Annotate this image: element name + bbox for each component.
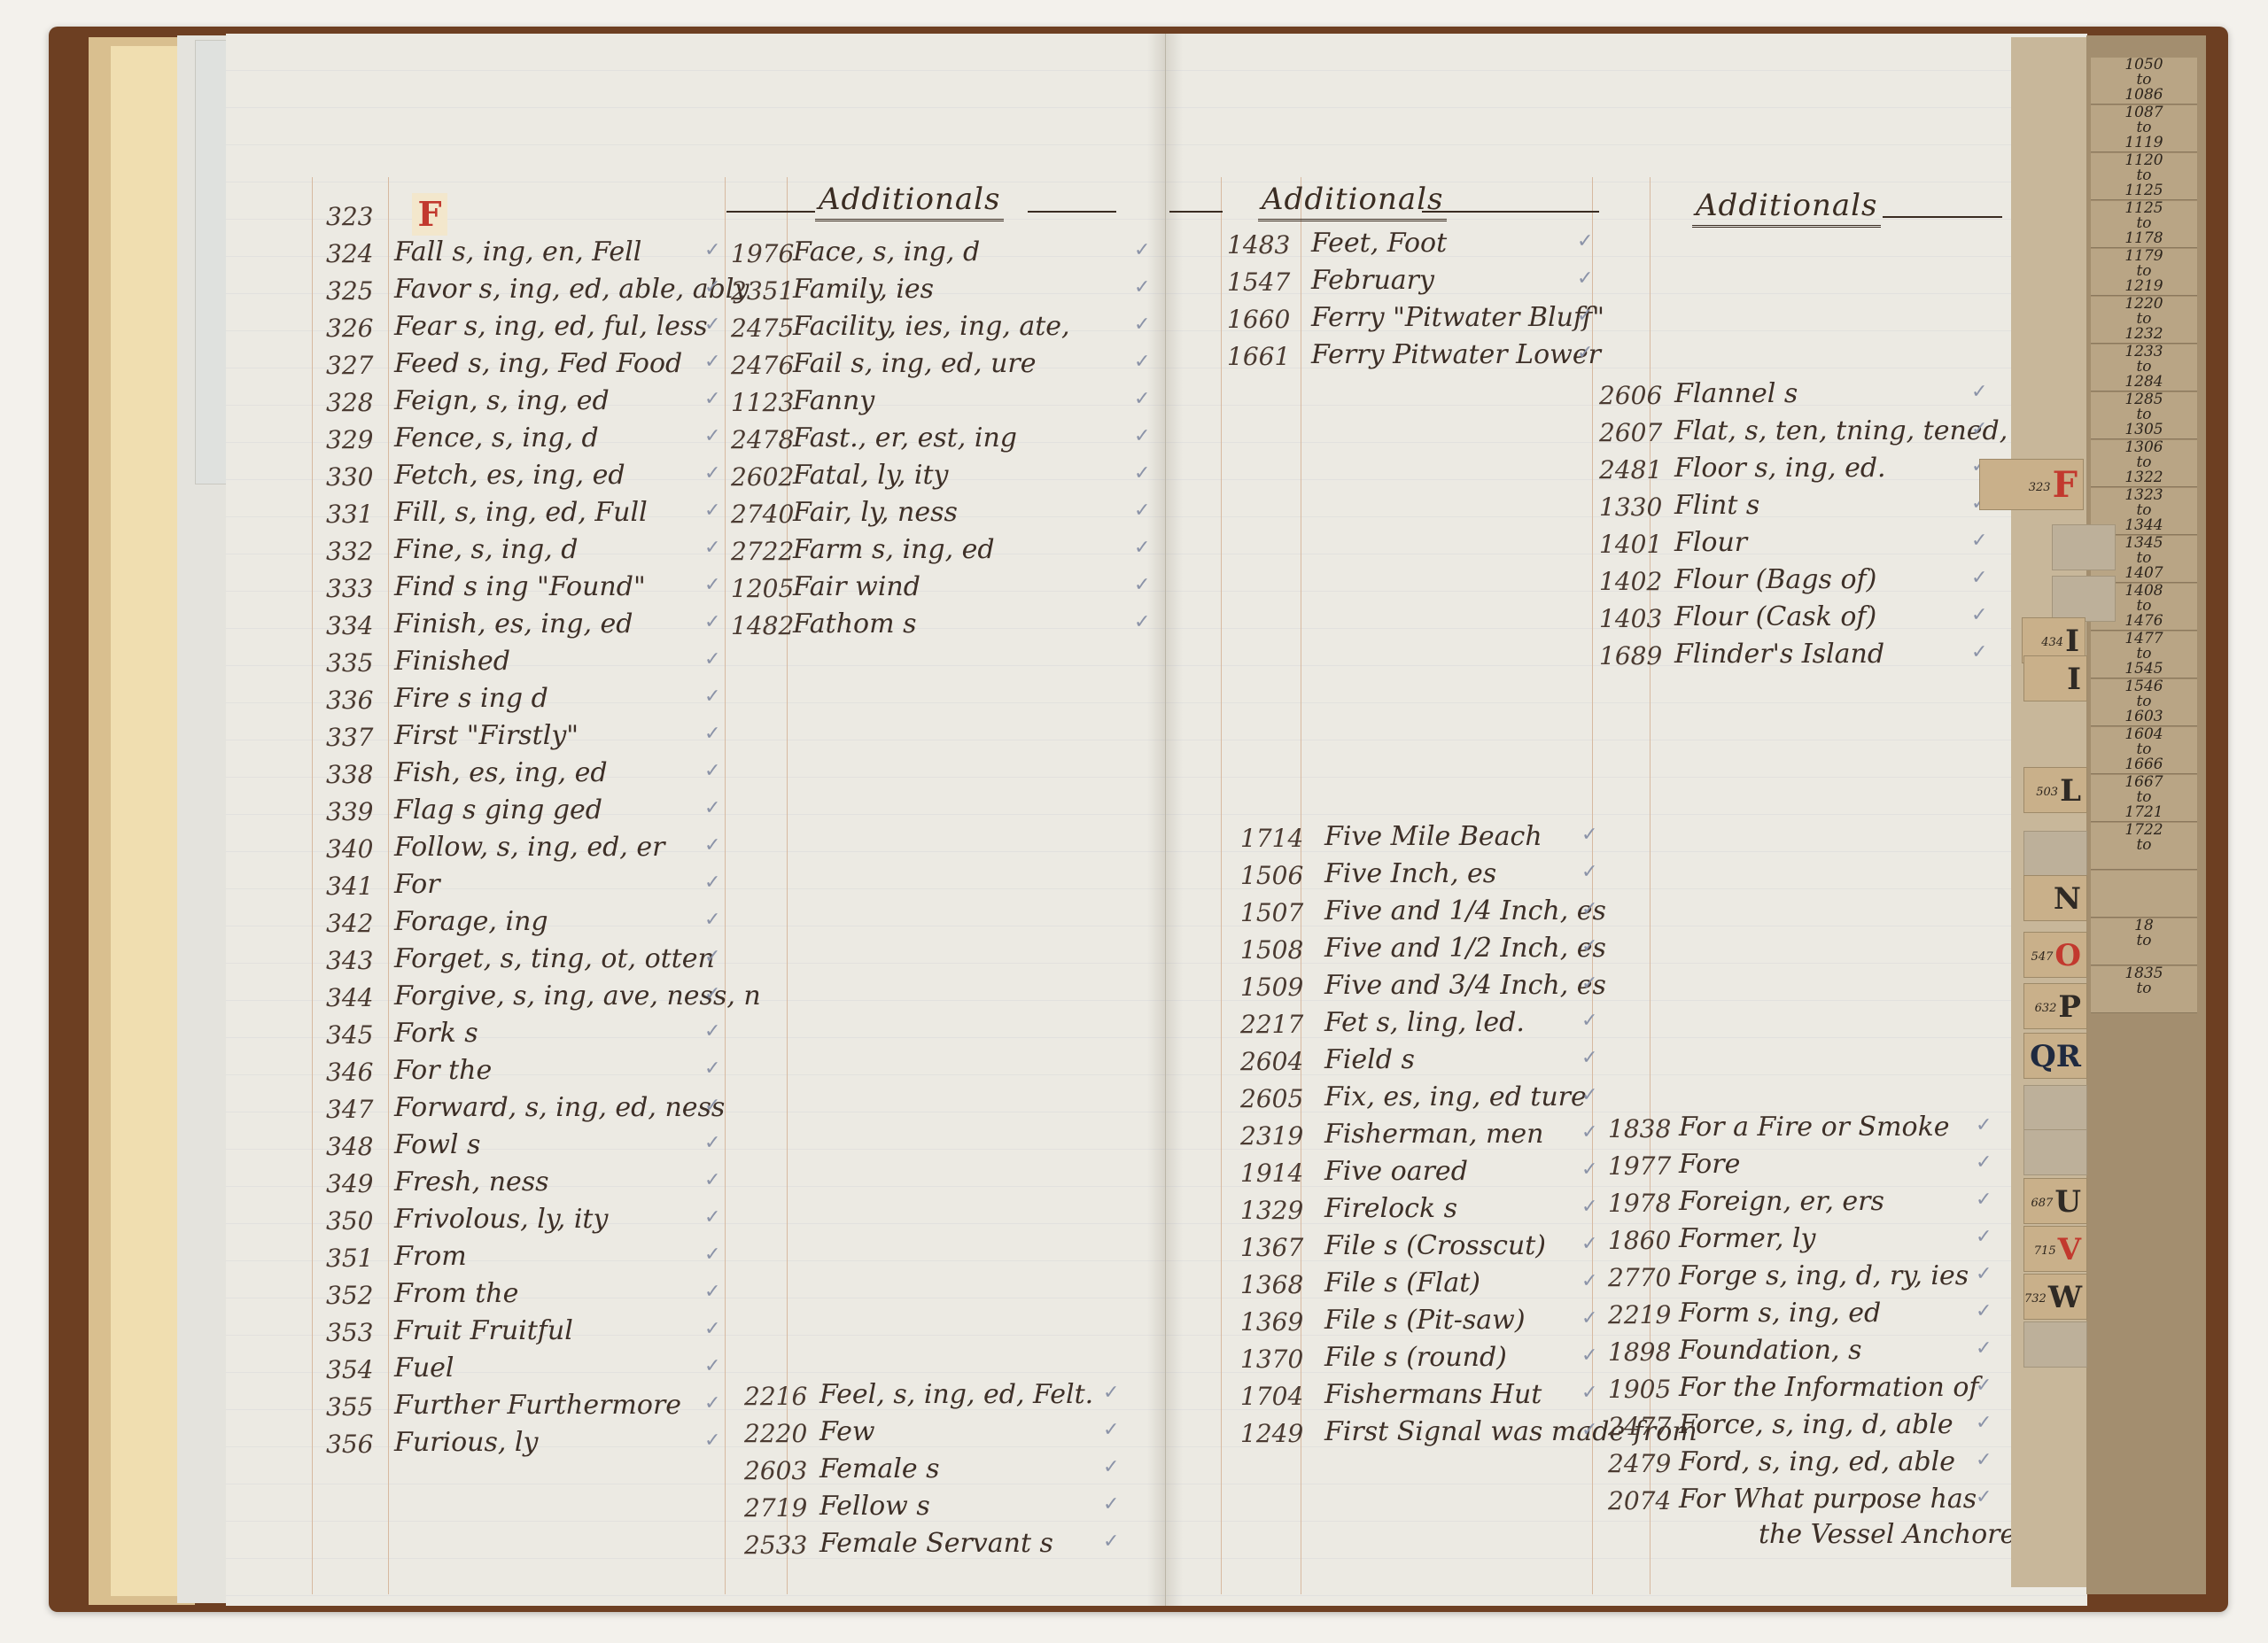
additional-term: File s (Crosscut) [1324,1230,1546,1261]
additional-number: 1205 [731,574,794,603]
index-tab-i[interactable]: I [2023,655,2087,701]
check-mark-icon: ✓ [1581,1196,1597,1218]
range-tab[interactable]: 1722to [2091,823,2197,870]
range-to: 1284 [2091,375,2197,390]
index-tab-page-number: 434 [2041,636,2063,649]
additional-number: 1507 [1240,898,1303,927]
entry-term: Flag s ging ged [394,794,602,825]
additional-number: 2319 [1240,1121,1303,1151]
additional-number: 1508 [1240,935,1303,965]
index-tab-letter: V [2058,1232,2081,1267]
entry-term: Fish, es, ing, ed [394,757,608,788]
entry-number: 326 [326,314,373,343]
additional-number: 2475 [731,314,794,343]
blank-index-tab[interactable] [2023,831,2087,877]
index-tab-page-number: 547 [2031,950,2054,964]
index-tab-letter: P [2058,989,2081,1025]
check-mark-icon: ✓ [704,1058,720,1080]
check-mark-icon: ✓ [1577,305,1593,327]
additional-term: Fix, es, ing, ed ture [1324,1081,1587,1112]
check-mark-icon: ✓ [704,462,720,484]
additional-number: 2602 [731,462,794,492]
range-to: 1219 [2091,279,2197,294]
index-tab-w[interactable]: 732W [2023,1274,2087,1320]
column-rule [725,177,726,1594]
check-mark-icon: ✓ [1581,1419,1597,1441]
check-mark-icon: ✓ [704,797,720,819]
range-tab[interactable]: 1050to1086 [2091,58,2197,105]
check-mark-icon: ✓ [1971,641,1987,663]
entry-number: 330 [326,462,373,492]
range-to: 1721 [2091,805,2197,820]
additional-term: Flour (Cask of) [1674,601,1876,632]
check-mark-icon: ✓ [704,276,720,298]
entry-term: For the [394,1055,492,1086]
check-mark-icon: ✓ [1581,1159,1597,1181]
additional-term: Female Servant s [819,1528,1053,1559]
additional-number: 1370 [1240,1345,1303,1374]
check-mark-icon: ✓ [1581,973,1597,995]
entry-number: 354 [326,1355,373,1384]
check-mark-icon: ✓ [1103,1382,1119,1404]
range-tab[interactable]: 1179to1219 [2091,249,2197,296]
header-rule [1028,211,1116,213]
check-mark-icon: ✓ [1976,1226,1992,1248]
entry-number: 338 [326,760,373,789]
additional-number: 1369 [1240,1307,1303,1337]
entry-term: Fine, s, ing, d [394,534,578,565]
index-tab-letter: I [2065,624,2079,659]
additional-term: Fatal, ly, ity [793,460,949,491]
additional-number: 2606 [1599,381,1662,410]
additional-term: Female s [819,1453,940,1484]
index-tab-u[interactable]: 687U [2023,1178,2087,1224]
check-mark-icon: ✓ [1103,1493,1119,1515]
additional-term: Face, s, ing, d [793,236,980,267]
additional-number: 1401 [1599,530,1662,559]
range-to: 1666 [2091,757,2197,772]
check-mark-icon: ✓ [704,1169,720,1191]
range-to: 1119 [2091,136,2197,151]
additional-term-continued: the Vessel Anchored [1759,1519,2032,1550]
check-mark-icon: ✓ [704,574,720,596]
check-mark-icon: ✓ [1581,824,1597,846]
range-to-label: to [2091,838,2197,853]
header-rule [726,211,815,213]
entry-number: 353 [326,1318,373,1347]
entry-number: 335 [326,648,373,678]
range-tab[interactable]: 1604to1666 [2091,727,2197,774]
entry-term: Fuel [394,1352,454,1383]
entry-number: 342 [326,909,373,938]
additional-number: 1977 [1608,1151,1671,1181]
blank-index-tab[interactable] [2052,576,2116,622]
entry-number: 346 [326,1058,373,1087]
entry-number: 343 [326,946,373,975]
index-tab-letter: F [2053,464,2078,506]
index-tab-f[interactable]: 323F [1979,459,2084,510]
range-tab[interactable]: 1120to1125 [2091,153,2197,200]
range-to: 1178 [2091,231,2197,246]
additional-number: 1403 [1599,604,1662,633]
index-tab-qr[interactable]: QR [2023,1033,2087,1079]
additional-term: Five Mile Beach [1324,821,1542,852]
entry-term: Fowl s [394,1129,480,1160]
additional-term: Flannel s [1674,378,1798,409]
additional-term: Five and 1/4 Inch, es [1324,895,1606,926]
additional-number: 2604 [1240,1047,1303,1076]
check-mark-icon: ✓ [1134,239,1150,261]
check-mark-icon: ✓ [1976,1412,1992,1434]
entry-term: From the [394,1278,518,1309]
check-mark-icon: ✓ [704,1392,720,1414]
additional-number: 1704 [1240,1382,1303,1411]
check-mark-icon: ✓ [1581,1084,1597,1106]
entry-number: 352 [326,1281,373,1310]
additional-term: Flour (Bags of) [1674,564,1876,595]
additional-number: 1978 [1608,1189,1671,1218]
additional-number: 1714 [1240,824,1303,853]
check-mark-icon: ✓ [704,648,720,670]
entry-number: 329 [326,425,373,454]
entry-number: 339 [326,797,373,826]
index-tab-o[interactable]: 547O [2023,932,2087,978]
additional-term: Foundation, s [1679,1335,1861,1366]
additional-number: 1368 [1240,1270,1303,1299]
entry-number: 348 [326,1132,373,1161]
additional-number: 1660 [1227,305,1290,334]
additional-number: 1905 [1608,1375,1671,1404]
index-tab-page-number: 732 [2024,1292,2047,1306]
header-rule [1883,216,2002,218]
range-to: 1322 [2091,470,2197,485]
range-to: 1125 [2091,183,2197,198]
additional-term: For a Fire or Smoke [1679,1112,1950,1143]
check-mark-icon: ✓ [1976,1189,1992,1211]
entry-term: Feign, s, ing, ed [394,385,610,416]
range-tab[interactable]: 1477to1545 [2091,632,2197,678]
check-mark-icon: ✓ [704,1020,720,1042]
range-tab[interactable]: 1667to1721 [2091,775,2197,822]
additional-term: Fail s, ing, ed, ure [793,348,1037,379]
blank-index-tab[interactable] [2023,1321,2087,1368]
additional-term: Five and 1/2 Inch, es [1324,933,1606,964]
entry-number: 331 [326,500,373,529]
range-tab[interactable]: 1087to1119 [2091,105,2197,152]
check-mark-icon: ✓ [704,314,720,336]
additional-number: 1123 [731,388,794,417]
additional-number: 2479 [1608,1449,1671,1478]
range-to: 1305 [2091,422,2197,438]
flyleaf [111,46,182,1596]
index-tab-page-number: 632 [2035,1002,2057,1015]
additional-term: For the Information of [1679,1372,1979,1403]
range-tab[interactable]: 1306to1322 [2091,440,2197,487]
entry-term: Frivolous, ly, ity [394,1204,608,1235]
additional-term: File s (Flat) [1324,1267,1480,1298]
column-rule [1221,177,1222,1594]
entry-term: First "Firstly" [394,720,579,751]
check-mark-icon: ✓ [704,946,720,968]
index-tab-letter: I [2067,662,2081,697]
additional-term: Fore [1679,1149,1740,1180]
entry-number: 333 [326,574,373,603]
check-mark-icon: ✓ [1134,351,1150,373]
additional-number: 2074 [1608,1486,1671,1515]
check-mark-icon: ✓ [704,239,720,261]
additional-number: 1506 [1240,861,1303,890]
additional-number: 2478 [731,425,794,454]
check-mark-icon: ✓ [1581,935,1597,957]
additional-term: For What purpose has [1679,1484,1977,1515]
range-tab[interactable]: 1220to1232 [2091,297,2197,344]
entry-number: 341 [326,872,373,901]
additional-number: 2217 [1240,1010,1303,1039]
entry-number: 336 [326,686,373,715]
range-tab[interactable]: 1125to1178 [2091,201,2197,248]
additional-term: Force, s, ing, d, able [1679,1409,1953,1440]
additional-term: Fishermans Hut [1324,1379,1542,1410]
entry-term: From [394,1241,467,1272]
check-mark-icon: ✓ [704,1355,720,1377]
entry-number: 327 [326,351,373,380]
additional-number: 2603 [744,1456,807,1485]
range-to: 1603 [2091,709,2197,725]
column-rule [312,177,313,1594]
check-mark-icon: ✓ [704,425,720,447]
check-mark-icon: ✓ [1971,567,1987,589]
additional-number: 1838 [1608,1114,1671,1143]
index-tab-n[interactable]: N [2023,875,2087,921]
right-page [1166,34,2087,1606]
check-mark-icon: ✓ [1976,1300,1992,1322]
entry-number: 350 [326,1206,373,1236]
index-tab-p[interactable]: 632P [2023,983,2087,1029]
check-mark-icon: ✓ [1976,1263,1992,1285]
additional-term: File s (Pit-saw) [1324,1305,1526,1336]
range-tab[interactable]: 1233to1284 [2091,345,2197,391]
entry-number: 323 [326,202,373,231]
check-mark-icon: ✓ [1581,1382,1597,1404]
index-tab-letter: L [2060,773,2081,809]
range-tab[interactable]: 1546to1603 [2091,679,2197,726]
check-mark-icon: ✓ [704,388,720,410]
entry-number: 324 [326,239,373,268]
range-to: 1545 [2091,662,2197,677]
entry-term: Feed s, ing, Fed Food [394,348,682,379]
index-tab-page-number: 323 [2029,481,2051,494]
range-to-label: to [2091,934,2197,949]
additional-number: 1661 [1227,342,1290,371]
check-mark-icon: ✓ [704,1132,720,1154]
additional-term: Fair wind [793,571,920,602]
additional-number: 1860 [1608,1226,1671,1255]
index-tab-letter: U [2054,1184,2081,1220]
additional-term: Feel, s, ing, ed, Felt. [819,1379,1093,1410]
blank-index-tab[interactable] [2023,1085,2087,1131]
check-mark-icon: ✓ [1134,611,1150,633]
additional-number: 2351 [731,276,794,306]
entry-number: 325 [326,276,373,306]
check-mark-icon: ✓ [1134,425,1150,447]
additional-number: 2607 [1599,418,1662,447]
additional-number: 1483 [1227,230,1290,260]
check-mark-icon: ✓ [1134,500,1150,522]
blank-index-tab[interactable] [2052,524,2116,570]
check-mark-icon: ✓ [1971,381,1987,403]
range-tab[interactable]: 18to [2091,918,2197,965]
additional-term: Fathom s [793,608,916,639]
additional-number: 2533 [744,1531,807,1560]
right-additionals-header-1: Additionals [1258,182,1447,221]
index-tab-l[interactable]: 503L [2023,767,2087,813]
check-mark-icon: ✓ [1976,1449,1992,1471]
entry-term: Furious, ly [394,1427,538,1458]
additional-number: 2605 [1240,1084,1303,1113]
entry-term: Fence, s, ing, d [394,422,599,453]
entry-term: Fill, s, ing, ed, Full [394,497,648,528]
check-mark-icon: ✓ [1577,267,1593,290]
range-to: 1232 [2091,327,2197,342]
range-to-label: to [2091,981,2197,996]
additional-term: Fast., er, est, ing [793,422,1017,453]
check-mark-icon: ✓ [704,686,720,708]
check-mark-icon: ✓ [1134,462,1150,484]
check-mark-icon: ✓ [1581,898,1597,920]
entry-term: Fresh, ness [394,1166,549,1197]
additional-number: 1329 [1240,1196,1303,1225]
additional-number: 1249 [1240,1419,1303,1448]
check-mark-icon: ✓ [1134,537,1150,559]
blank-index-tab[interactable] [2023,1129,2087,1175]
additional-term: Flat, s, ten, tning, tened, [1674,415,2008,446]
entry-number: 340 [326,834,373,864]
additional-term: Fair, ly, ness [793,497,958,528]
additional-term: Family, ies [793,274,934,305]
index-tab-v[interactable]: 715V [2023,1226,2087,1272]
entry-term: Fork s [394,1018,478,1049]
left-additionals-header: Additionals [815,182,1004,221]
entry-number: 347 [326,1095,373,1124]
entry-term: Find s ing "Found" [394,571,646,602]
additional-number: 1402 [1599,567,1662,596]
additional-number: 1367 [1240,1233,1303,1262]
index-tab-page-number: 687 [2031,1197,2054,1210]
check-mark-icon: ✓ [704,983,720,1005]
check-mark-icon: ✓ [704,500,720,522]
index-letter-f: F [412,193,447,236]
entry-number: 328 [326,388,373,417]
range-tab[interactable]: 1835to [2091,966,2197,1013]
additional-term: Feet, Foot [1311,228,1447,259]
additional-number: 1976 [731,239,794,268]
additional-term: Five oared [1324,1156,1468,1187]
additional-number: 1914 [1240,1159,1303,1188]
check-mark-icon: ✓ [1103,1531,1119,1553]
entry-number: 344 [326,983,373,1012]
check-mark-icon: ✓ [1976,1375,1992,1397]
check-mark-icon: ✓ [704,1318,720,1340]
entry-number: 355 [326,1392,373,1422]
entry-term: Follow, s, ing, ed, er [394,832,664,863]
check-mark-icon: ✓ [1581,1047,1597,1069]
header-rule [1422,211,1599,213]
entry-term: Finish, es, ing, ed [394,608,633,639]
index-tab-letter: QR [2030,1039,2081,1074]
entry-term: Forage, ing [394,906,548,937]
additional-term: Form s, ing, ed [1679,1298,1881,1329]
additional-number: 1482 [731,611,794,640]
additional-number: 2719 [744,1493,807,1523]
additional-term: Few [819,1416,875,1447]
range-tab[interactable] [2091,871,2197,918]
check-mark-icon: ✓ [1976,1114,1992,1136]
check-mark-icon: ✓ [1971,418,1987,440]
book-gutter [1147,34,1183,1606]
check-mark-icon: ✓ [1134,574,1150,596]
additional-term: Ford, s, ing, ed, able [1679,1446,1955,1477]
check-mark-icon: ✓ [704,872,720,894]
entry-term: Fire s ing d [394,683,548,714]
additional-number: 1330 [1599,492,1662,522]
check-mark-icon: ✓ [1577,230,1593,252]
right-additionals-header-2: Additionals [1692,188,1881,228]
check-mark-icon: ✓ [1581,1345,1597,1367]
check-mark-icon: ✓ [704,834,720,856]
entry-term: For [394,869,440,900]
additional-term: Fisherman, men [1324,1119,1543,1150]
additional-term: Floor s, ing, ed. [1674,453,1886,484]
entry-number: 332 [326,537,373,566]
additional-number: 2770 [1608,1263,1671,1292]
additional-term: February [1311,265,1434,296]
check-mark-icon: ✓ [704,909,720,931]
additional-term: Former, ly [1679,1223,1815,1254]
additional-term: File s (round) [1324,1342,1507,1373]
additional-number: 1898 [1608,1337,1671,1367]
additional-number: 2477 [1608,1412,1671,1441]
header-rule [1169,211,1223,213]
check-mark-icon: ✓ [1134,388,1150,410]
check-mark-icon: ✓ [704,723,720,745]
additional-term: Forge s, ing, d, ry, ies [1679,1260,1969,1291]
check-mark-icon: ✓ [1581,1121,1597,1143]
check-mark-icon: ✓ [1134,276,1150,298]
check-mark-icon: ✓ [704,1206,720,1228]
additional-term: Field s [1324,1044,1415,1075]
additional-term: Flint s [1674,490,1759,521]
check-mark-icon: ✓ [1976,1337,1992,1360]
additional-term: Ferry "Pitwater Bluff" [1311,302,1604,333]
range-tab[interactable]: 1285to1305 [2091,392,2197,439]
entry-term: Finished [394,646,510,677]
entry-term: Fruit Fruitful [394,1315,573,1346]
check-mark-icon: ✓ [1581,1010,1597,1032]
additional-term: Five Inch, es [1324,858,1496,889]
index-tab-page-number: 715 [2034,1244,2056,1258]
check-mark-icon: ✓ [1976,1486,1992,1508]
check-mark-icon: ✓ [1971,604,1987,626]
entry-number: 334 [326,611,373,640]
index-tab-letter: O [2054,938,2081,973]
additional-term: Firelock s [1324,1193,1457,1224]
additional-term: Flinder's Island [1674,639,1884,670]
additional-number: 1547 [1227,267,1290,297]
range-to: 1086 [2091,88,2197,103]
entry-term: Further Furthermore [394,1390,681,1421]
check-mark-icon: ✓ [704,1430,720,1452]
check-mark-icon: ✓ [1971,530,1987,552]
